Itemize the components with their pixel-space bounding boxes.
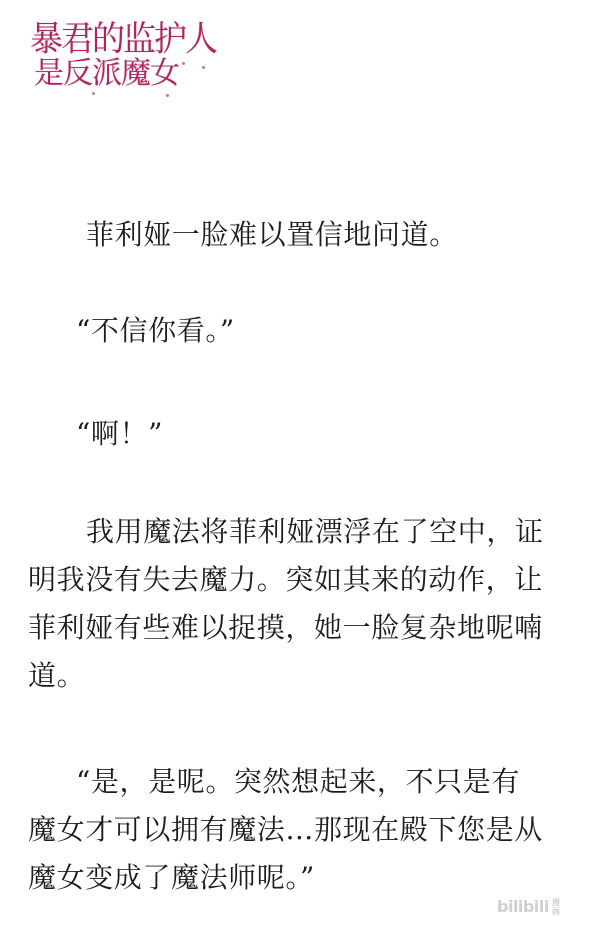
text-line: 菲利娅一脸难以置信地问道。 — [28, 211, 576, 259]
watermark-brand: bilibili — [497, 897, 549, 916]
logo-decoration-dot — [112, 66, 115, 69]
text-line: 我用魔法将菲利娅漂浮在了空中，证 — [28, 508, 576, 556]
text-line: 道。 — [28, 652, 576, 700]
logo-decoration-dot — [182, 62, 185, 65]
watermark-sub: 漫 画 — [552, 898, 560, 916]
logo-decoration-dot — [112, 58, 115, 61]
text-line: 魔女变成了魔法师呢。” — [28, 854, 576, 902]
text-line: 明我没有失去魔力。突如其来的动作，让 — [28, 556, 576, 604]
paragraph-3: “啊！” — [28, 410, 576, 458]
logo-decoration-dot — [202, 66, 205, 69]
text-line: 魔女才可以拥有魔法…那现在殿下您是从 — [28, 806, 576, 854]
text-line: 菲利娅有些难以捉摸，她一脸复杂地呢喃 — [28, 604, 576, 652]
logo-title-line2: 是反派魔女 — [34, 59, 220, 89]
paragraph-2: “不信你看。” — [28, 307, 576, 355]
paragraph-1: 菲利娅一脸难以置信地问道。 — [28, 211, 576, 259]
text-line: “不信你看。” — [28, 307, 576, 355]
text-line: “啊！” — [28, 410, 576, 458]
comic-title-logo: 暴君的监护人 是反派魔女 — [30, 22, 220, 89]
logo-decoration-dot — [166, 94, 169, 97]
paragraph-5: “是，是呢。突然想起来，不只是有 魔女才可以拥有魔法…那现在殿下您是从 魔女变成… — [28, 758, 576, 902]
logo-decoration-dot — [92, 92, 95, 95]
logo-title-line1: 暴君的监护人 — [30, 21, 220, 56]
text-line: “是，是呢。突然想起来，不只是有 — [28, 758, 576, 806]
paragraph-4: 我用魔法将菲利娅漂浮在了空中，证 明我没有失去魔力。突如其来的动作，让 菲利娅有… — [28, 508, 576, 700]
bilibili-comics-watermark: bilibili 漫 画 — [497, 897, 559, 916]
